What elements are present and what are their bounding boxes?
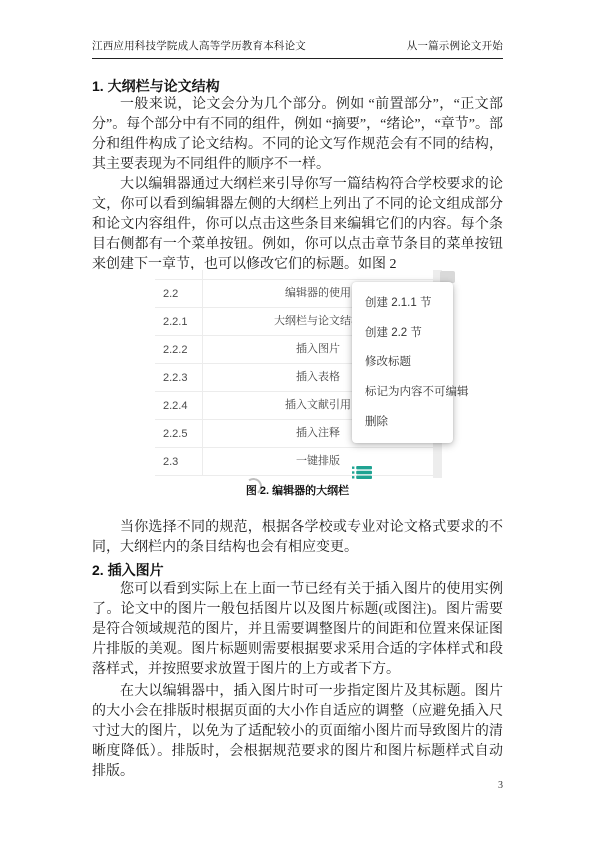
section-2-paragraph-1: 您可以看到实际上在上面一节已经有关于插入图片的使用实例了。论文中的图片一般包括图…	[92, 580, 503, 680]
outline-row-number: 2.2.3	[155, 372, 202, 384]
outline-row-number: 2.2.4	[155, 400, 202, 412]
outline-row-partial	[155, 270, 433, 280]
menu-item-rename[interactable]: 修改标题	[352, 355, 453, 369]
outline-row-number: 2.2.1	[155, 316, 202, 328]
menu-item-create-section[interactable]: 创建 2.2 节	[352, 326, 453, 340]
outline-row-number: 2.3	[155, 456, 202, 468]
figure-outline-panel: 2.2 编辑器的使用 2.2.1 大纲栏与论文结构 2.2.2 插入图片 2.2…	[155, 270, 455, 478]
outline-row-number: 2.2.2	[155, 344, 202, 356]
section-2-paragraph-2: 在大以编辑器中，插入图片时可一步指定图片及其标题。图片的大小会在排版时根据页面的…	[92, 682, 503, 782]
section-1-paragraph-3: 当你选择不同的规范，根据各学校或专业对论文格式要求的不同，大纲栏内的条目结构也会…	[92, 518, 503, 558]
format-list-icon[interactable]	[352, 466, 372, 479]
header-right-text: 从一篇示例论文开始	[407, 38, 503, 53]
outline-row-title: 一键排版	[202, 448, 433, 475]
section-1-paragraph-2: 大以编辑器通过大纲栏来引导你写一篇结构符合学校要求的论文，你可以看到编辑器左侧的…	[92, 175, 503, 275]
outline-row-number: 2.2.5	[155, 428, 202, 440]
section-2-heading: 2. 插入图片	[92, 560, 503, 580]
document-page: 江西应用科技学院成人高等学历教育本科论文 从一篇示例论文开始 1. 大纲栏与论文…	[0, 0, 595, 842]
section-1-paragraph-1: 一般来说，论文会分为几个部分。例如 “前置部分”，“正文部分”。每个部分中有不同…	[92, 95, 503, 175]
menu-item-mark-readonly[interactable]: 标记为内容不可编辑	[352, 385, 453, 399]
header-left-text: 江西应用科技学院成人高等学历教育本科论文	[92, 38, 306, 53]
outline-row[interactable]: 2.3 一键排版	[155, 448, 433, 476]
section-1-heading: 1. 大纲栏与论文结构	[92, 76, 503, 96]
page-header: 江西应用科技学院成人高等学历教育本科论文 从一篇示例论文开始	[92, 38, 503, 59]
figure-caption: 图 2. 编辑器的大纲栏	[92, 482, 503, 498]
page-number: 3	[92, 780, 503, 791]
menu-item-create-subsection[interactable]: 创建 2.1.1 节	[352, 296, 453, 310]
context-menu: 创建 2.1.1 节 创建 2.2 节 修改标题 标记为内容不可编辑 删除	[352, 282, 453, 443]
menu-item-delete[interactable]: 删除	[352, 415, 453, 429]
outline-row-number: 2.2	[155, 288, 202, 300]
